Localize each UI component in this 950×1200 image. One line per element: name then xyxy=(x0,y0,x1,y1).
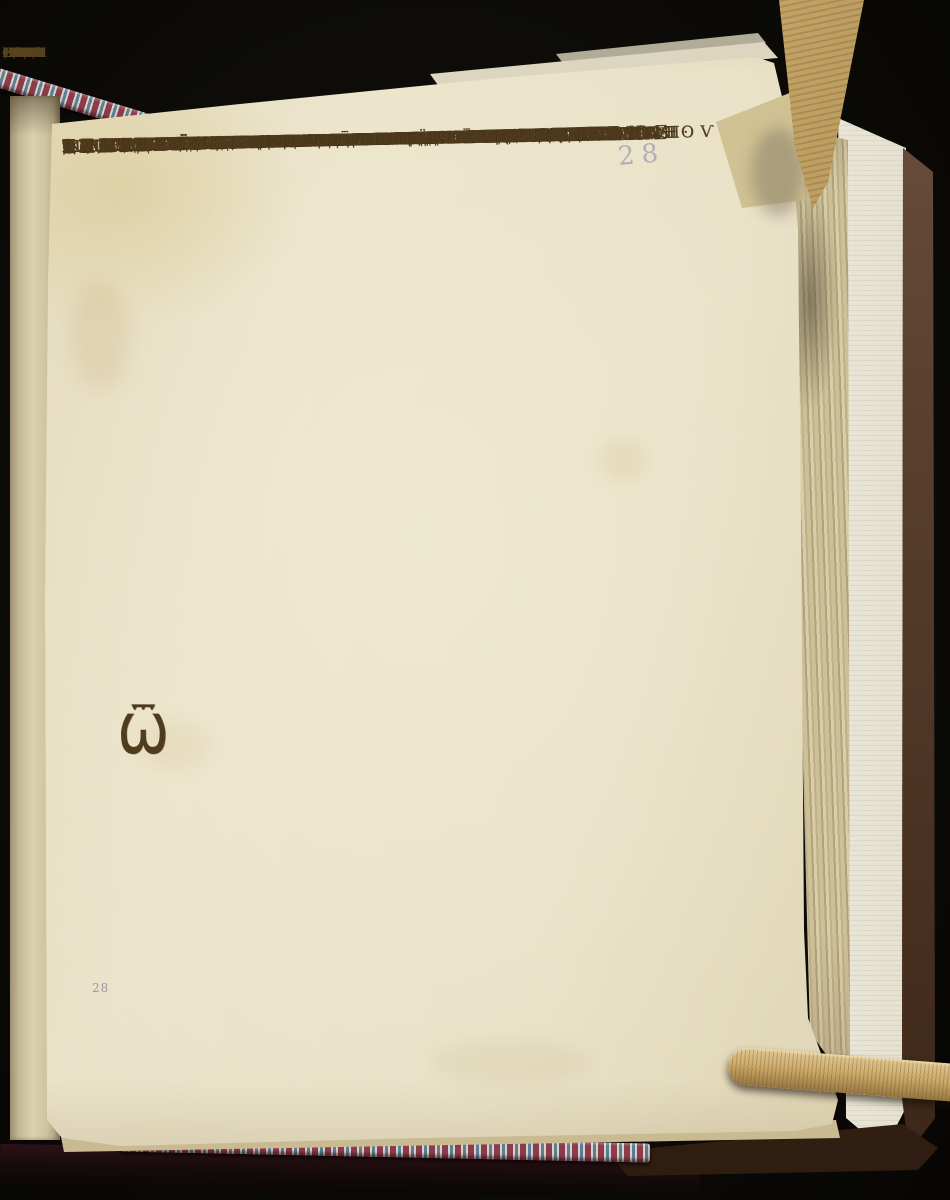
folio-corner-stamp: 28 xyxy=(92,981,109,995)
parchment-stain xyxy=(430,1040,590,1086)
margin-fragment: ГѦСА xyxy=(2,40,48,68)
folio-number: 28 xyxy=(617,138,667,172)
ornamental-initial-omega: Ѿ xyxy=(118,708,168,762)
manuscript-text-block: НЕМРЬѴЕМЪІНСВѢТЪ· ТѢМЖЕНВѢПРѢЖДЕВЪПНІАШЕ… xyxy=(62,119,662,133)
manuscript-line: НАВЕСРАМЬНКА· АНЕЧОѴДЪІБЛАЖЕНААГО· xyxy=(62,119,674,161)
parchment-stain xyxy=(600,440,646,480)
parchment-stain xyxy=(70,280,130,390)
previous-leaf-text-fragments: ЗАЕСТЪСѢАРІТЪѴЪ·ѴНОЕЛІАХѦБІНЕСЪВЕСЕВѢАНА… xyxy=(2,40,48,1020)
manuscript-photo: ЗАЕСТЪСѢАРІТЪѴЪ·ѴНОЕЛІАХѦБІНЕСЪВЕСЕВѢАНА… xyxy=(0,0,950,1200)
